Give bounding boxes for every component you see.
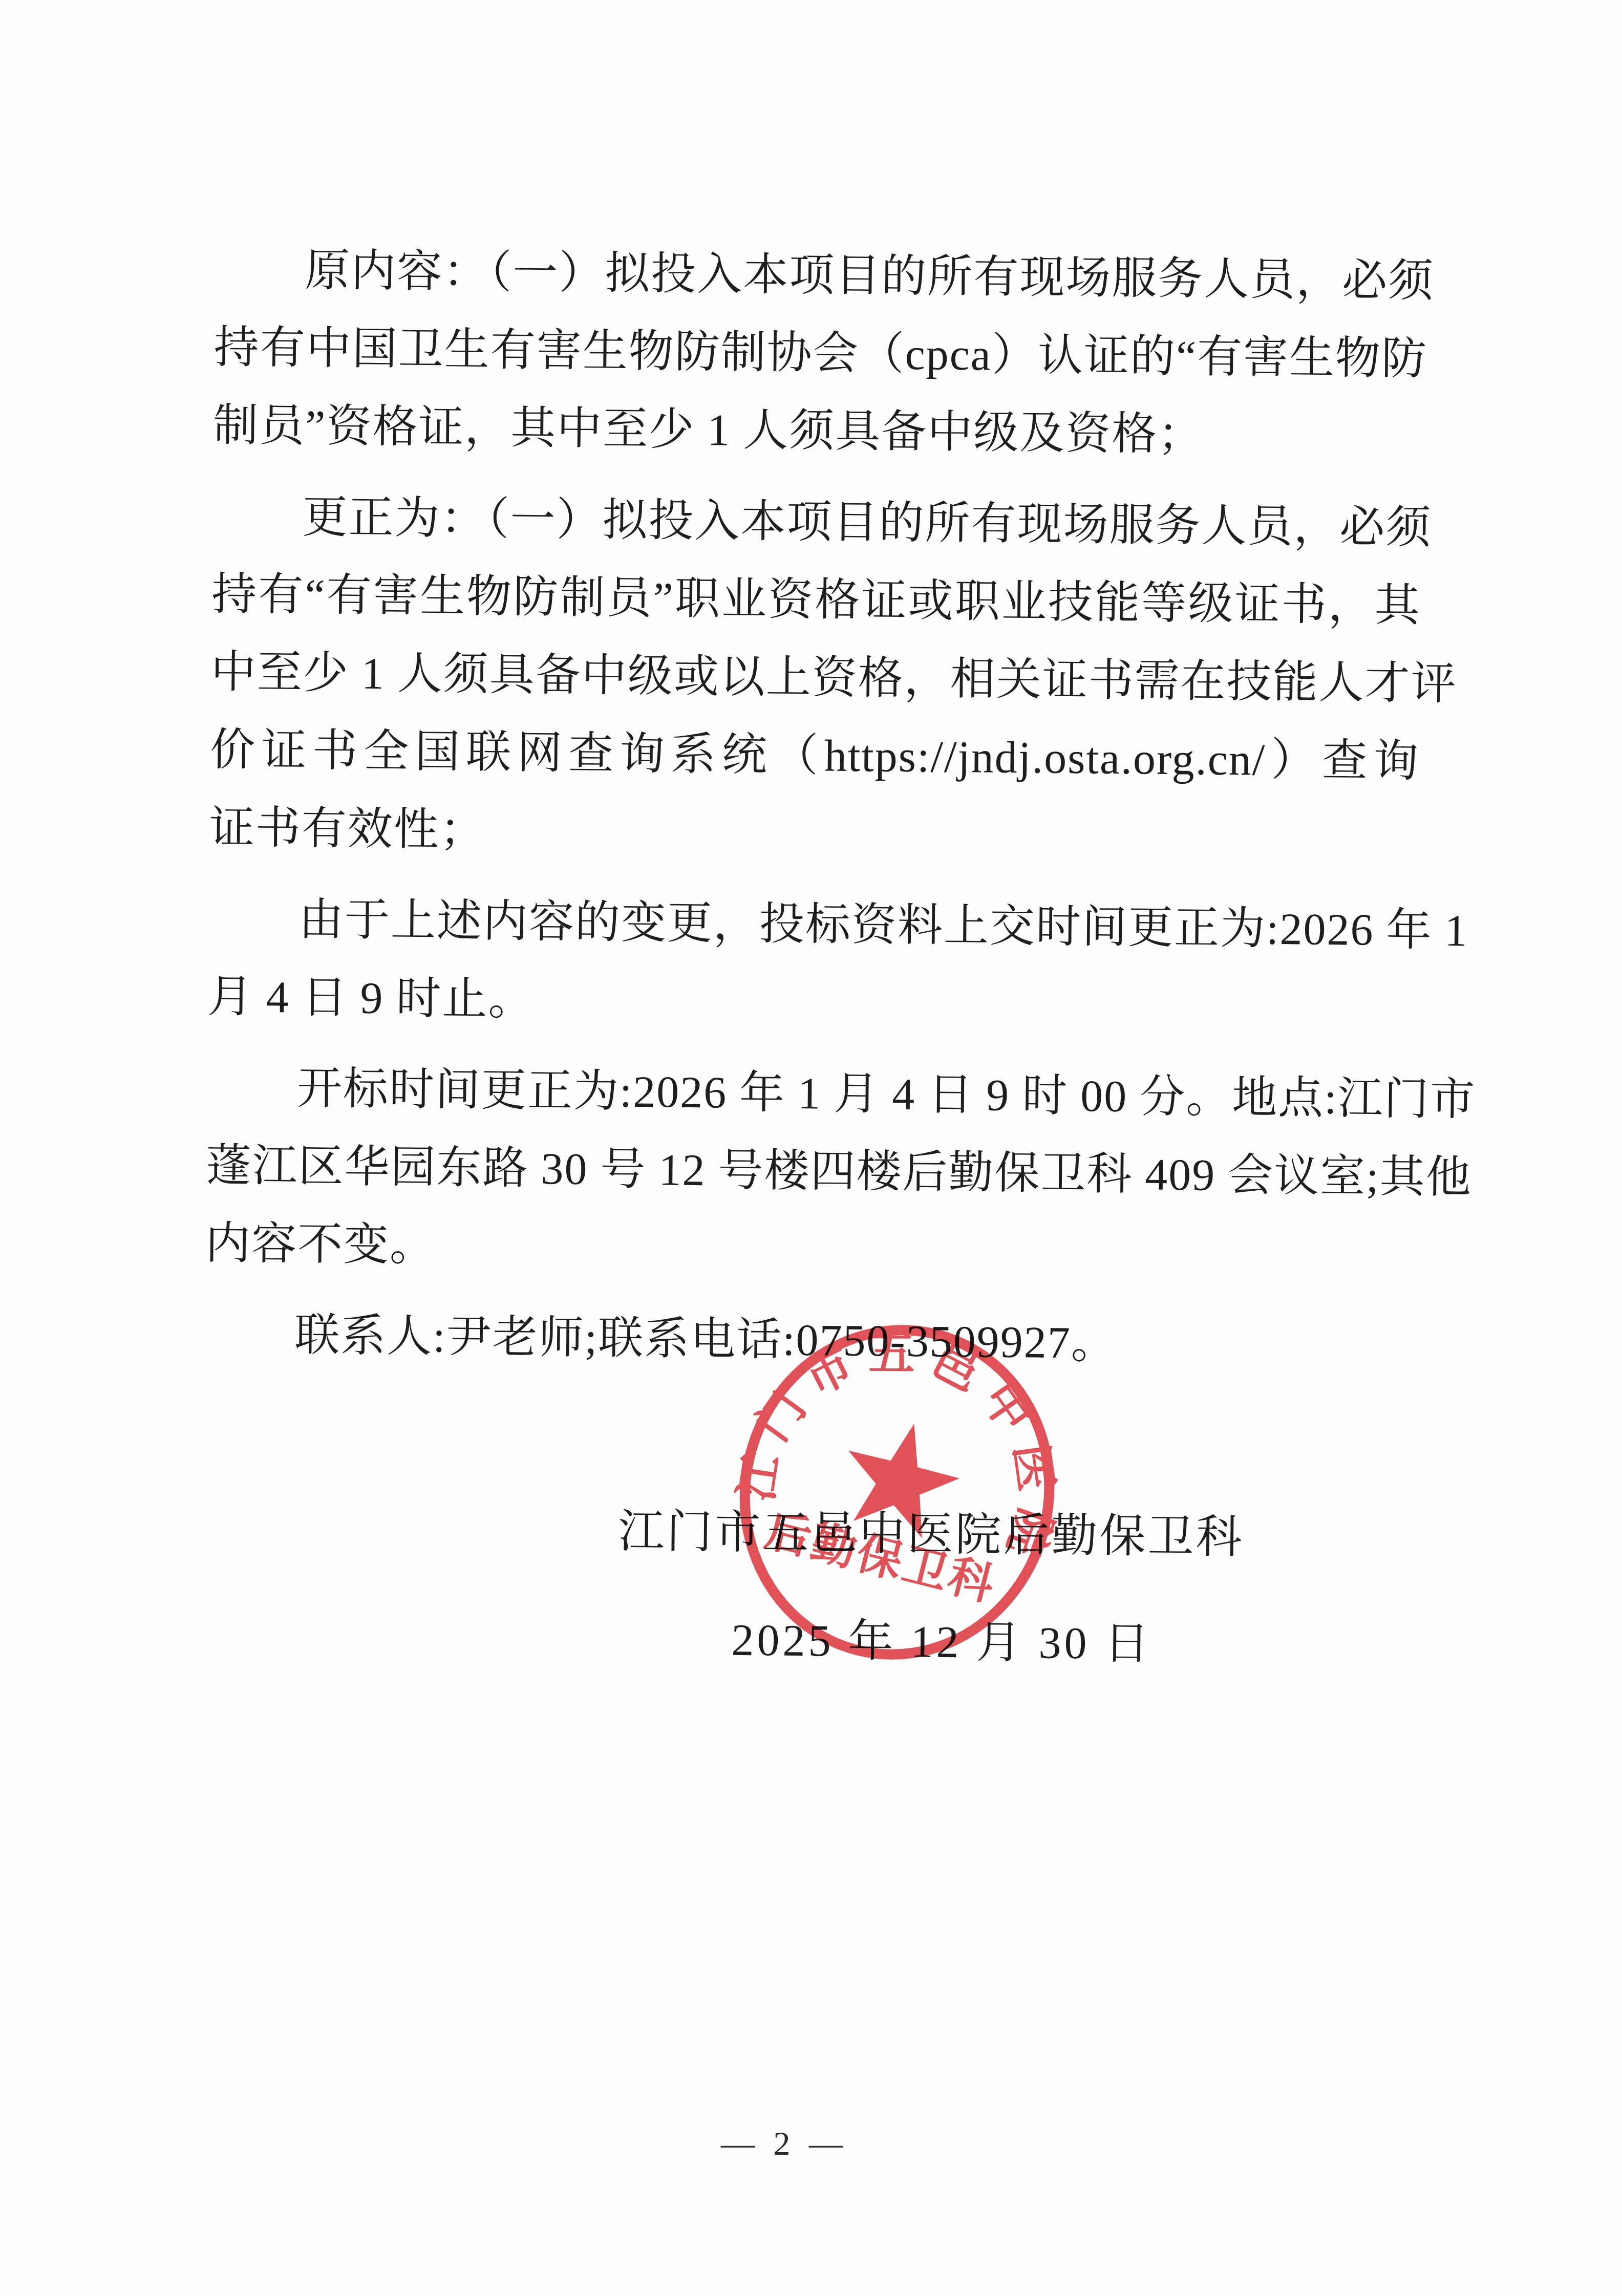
text-line: 制员”资格证，其中至少 1 人须具备中级及资格； xyxy=(213,387,1423,477)
paragraph-bid-opening: 开标时间更正为:2026 年 1 月 4 日 9 时 00 分。地点:江门市 蓬… xyxy=(205,1049,1416,1295)
text-line: 月 4 日 9 时止。 xyxy=(207,958,1417,1048)
text-line: 蓬江区华园东路 30 号 12 号楼四楼后勤保卫科 409 会议室;其他 xyxy=(206,1127,1416,1217)
paragraph-original-content: 原内容：（一）拟投入本项目的所有现场服务人员，必须 持有中国卫生有害生物防制协会… xyxy=(213,231,1424,477)
text-line: 更正为：（一）拟投入本项目的所有现场服务人员，必须 xyxy=(212,478,1422,568)
star-icon xyxy=(832,1410,970,1543)
text-line: 中至少 1 人须具备中级或以上资格，相关证书需在技能人才评 xyxy=(210,634,1420,723)
text-line: 开标时间更正为:2026 年 1 月 4 日 9 时 00 分。地点:江门市 xyxy=(206,1049,1416,1139)
text-line: 持有中国卫生有害生物防制协会（cpca）认证的“有害生物防 xyxy=(214,309,1423,399)
stamp-banner-text: 后勤保卫科 xyxy=(760,1506,1001,1611)
text-line: 价证书全国联网查询系统（https://jndj.osta.org.cn/）查询 xyxy=(210,712,1420,801)
text-line: 原内容：（一）拟投入本项目的所有现场服务人员，必须 xyxy=(215,231,1424,321)
paragraph-corrected-content: 更正为：（一）拟投入本项目的所有现场服务人员，必须 持有“有害生物防制员”职业资… xyxy=(209,478,1422,879)
scanned-document-page: 原内容：（一）拟投入本项目的所有现场服务人员，必须 持有中国卫生有害生物防制协会… xyxy=(0,0,1622,2296)
text-line: 持有“有害生物防制员”职业资格证或职业技能等级证书，其 xyxy=(211,556,1421,646)
text-line: 内容不变。 xyxy=(205,1205,1415,1295)
page-number: — 2 — xyxy=(0,2125,1595,2163)
text-line: 由于上述内容的变更，投标资料上交时间更正为:2026 年 1 xyxy=(208,881,1418,970)
paragraph-submission-deadline: 由于上述内容的变更，投标资料上交时间更正为:2026 年 1 月 4 日 9 时… xyxy=(207,881,1418,1048)
text-line: 证书有效性； xyxy=(209,789,1419,879)
